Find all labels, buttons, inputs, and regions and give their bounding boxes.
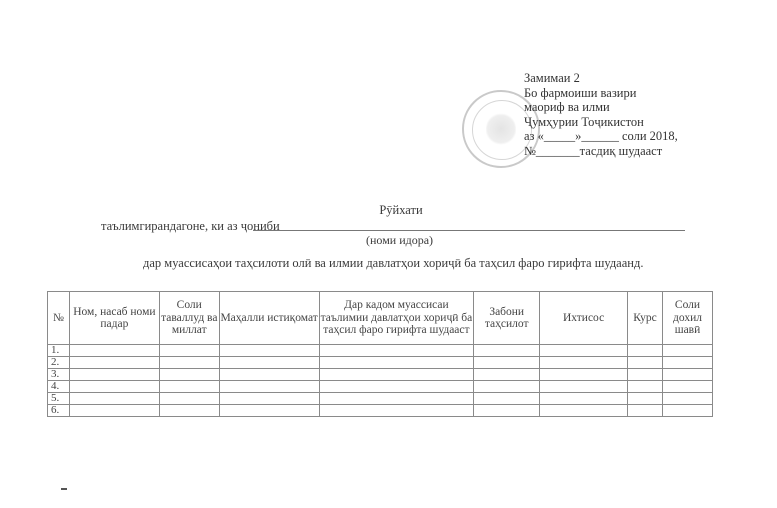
cell[interactable] <box>319 369 474 381</box>
cell[interactable] <box>69 345 159 357</box>
cell[interactable] <box>219 369 319 381</box>
table-row: 1. <box>48 345 713 357</box>
cell[interactable] <box>219 357 319 369</box>
cell[interactable] <box>540 393 628 405</box>
cell[interactable] <box>662 369 712 381</box>
table-row: 6. <box>48 405 713 417</box>
document-subtitle: дар муассисаҳои таҳсилоти олӣ ва илмии д… <box>143 256 643 271</box>
cell[interactable] <box>474 381 540 393</box>
cell[interactable] <box>69 405 159 417</box>
cell[interactable] <box>319 357 474 369</box>
approval-line: №_______тасдиқ шудааст <box>524 144 678 159</box>
cell[interactable] <box>540 357 628 369</box>
col-header-birth-year: Соли таваллуд ва миллат <box>159 292 219 345</box>
cell[interactable] <box>69 381 159 393</box>
cell[interactable] <box>628 393 663 405</box>
cell[interactable] <box>662 393 712 405</box>
row-number: 1. <box>48 345 70 357</box>
cell[interactable] <box>540 405 628 417</box>
cell[interactable] <box>319 345 474 357</box>
table-row: 4. <box>48 381 713 393</box>
table-header-row: № Ном, насаб номи падар Соли таваллуд ва… <box>48 292 713 345</box>
col-header-course: Курс <box>628 292 663 345</box>
cell[interactable] <box>69 357 159 369</box>
students-table: № Ном, насаб номи падар Соли таваллуд ва… <box>47 291 713 417</box>
row-number: 5. <box>48 393 70 405</box>
cell[interactable] <box>474 345 540 357</box>
approval-block: Замимаи 2 Бо фармоиши вазири маориф ва и… <box>524 71 678 158</box>
approval-line: аз «_____»______ соли 2018, <box>524 129 678 144</box>
approval-line: маориф ва илми <box>524 100 678 115</box>
scan-artifact-mark <box>61 488 67 490</box>
cell[interactable] <box>628 405 663 417</box>
cell[interactable] <box>662 405 712 417</box>
cell[interactable] <box>662 381 712 393</box>
cell[interactable] <box>69 369 159 381</box>
row-number: 2. <box>48 357 70 369</box>
cell[interactable] <box>159 405 219 417</box>
cell[interactable] <box>474 405 540 417</box>
cell[interactable] <box>540 345 628 357</box>
row-number: 3. <box>48 369 70 381</box>
cell[interactable] <box>159 345 219 357</box>
col-header-language: Забони таҳсилот <box>474 292 540 345</box>
cell[interactable] <box>219 393 319 405</box>
cell[interactable] <box>540 381 628 393</box>
col-header-admission-year: Соли дохил шавӣ <box>662 292 712 345</box>
col-header-institution: Дар кадом муассисаи таълимии давлатҳои х… <box>319 292 474 345</box>
cell[interactable] <box>662 357 712 369</box>
cell[interactable] <box>474 369 540 381</box>
col-header-number: № <box>48 292 70 345</box>
cell[interactable] <box>159 381 219 393</box>
document-intro: таълимгирандагоне, ки аз ҷониби <box>101 219 280 234</box>
cell[interactable] <box>159 357 219 369</box>
approval-line: Ҷумҳурии Тоҷикистон <box>524 115 678 130</box>
cell[interactable] <box>628 381 663 393</box>
cell[interactable] <box>69 393 159 405</box>
cell[interactable] <box>219 381 319 393</box>
field-caption: (номи идора) <box>366 233 433 248</box>
cell[interactable] <box>319 393 474 405</box>
document-title: Рӯйхати <box>0 203 777 218</box>
table-row: 2. <box>48 357 713 369</box>
cell[interactable] <box>662 345 712 357</box>
cell[interactable] <box>540 369 628 381</box>
cell[interactable] <box>219 405 319 417</box>
col-header-specialty: Ихтисос <box>540 292 628 345</box>
cell[interactable] <box>628 369 663 381</box>
cell[interactable] <box>628 345 663 357</box>
table-row: 5. <box>48 393 713 405</box>
cell[interactable] <box>159 393 219 405</box>
state-emblem-icon <box>486 112 516 146</box>
cell[interactable] <box>159 369 219 381</box>
col-header-residence: Маҳалли истиқомат <box>219 292 319 345</box>
row-number: 4. <box>48 381 70 393</box>
cell[interactable] <box>474 393 540 405</box>
cell[interactable] <box>319 381 474 393</box>
approval-line: Замимаи 2 <box>524 71 678 86</box>
cell[interactable] <box>474 357 540 369</box>
col-header-name: Ном, насаб номи падар <box>69 292 159 345</box>
cell[interactable] <box>319 405 474 417</box>
cell[interactable] <box>219 345 319 357</box>
cell[interactable] <box>628 357 663 369</box>
table-row: 3. <box>48 369 713 381</box>
institution-name-field-line <box>253 230 685 231</box>
approval-line: Бо фармоиши вазири <box>524 86 678 101</box>
row-number: 6. <box>48 405 70 417</box>
